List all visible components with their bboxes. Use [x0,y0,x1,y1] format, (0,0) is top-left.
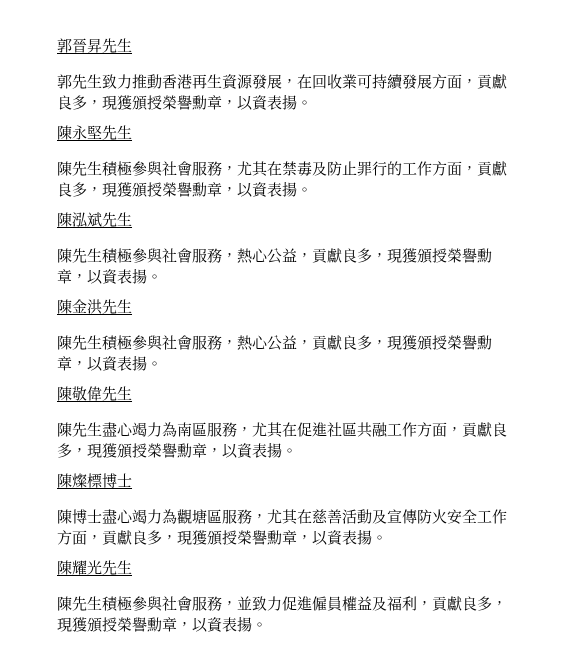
document-page: 郭晉昇先生 郭先生致力推動香港再生資源發展，在回收業可持續發展方面，貢獻 良多，… [0,0,564,668]
citation-text: 陳先生積極參與社會服務，熱心公益，貢獻良多，現獲頒授榮譽勳 章，以資表揚。 [57,247,517,289]
recipient-name: 陳永堅先生 [57,124,517,145]
citation-text: 陳先生積極參與社會服務，並致力促進僱員權益及福利，貢獻良多， 現獲頒授榮譽勳章，… [57,595,517,637]
honour-entry: 陳泓斌先生 陳先生積極參與社會服務，熱心公益，貢獻良多，現獲頒授榮譽勳 章，以資… [57,211,517,289]
honour-entry: 陳敬偉先生 陳先生盡心竭力為南區服務，尤其在促進社區共融工作方面，貢獻良 多，現… [57,385,517,463]
recipient-name: 郭晉昇先生 [57,37,517,58]
citation-text: 陳博士盡心竭力為觀塘區服務，尤其在慈善活動及宣傳防火安全工作 方面，貢獻良多，現… [57,508,517,550]
recipient-name: 陳耀光先生 [57,559,517,580]
recipient-name: 陳燦標博士 [57,472,517,493]
citation-text: 陳先生積極參與社會服務，熱心公益，貢獻良多，現獲頒授榮譽勳 章，以資表揚。 [57,334,517,376]
recipient-name: 陳金洪先生 [57,298,517,319]
citation-text: 陳先生盡心竭力為南區服務，尤其在促進社區共融工作方面，貢獻良 多，現獲頒授榮譽勳… [57,421,517,463]
citation-text: 陳先生積極參與社會服務，尤其在禁毒及防止罪行的工作方面，貢獻 良多，現獲頒授榮譽… [57,160,517,202]
honour-entry: 陳金洪先生 陳先生積極參與社會服務，熱心公益，貢獻良多，現獲頒授榮譽勳 章，以資… [57,298,517,376]
honour-entry: 郭晉昇先生 郭先生致力推動香港再生資源發展，在回收業可持續發展方面，貢獻 良多，… [57,37,517,115]
honour-entry: 陳永堅先生 陳先生積極參與社會服務，尤其在禁毒及防止罪行的工作方面，貢獻 良多，… [57,124,517,202]
citation-text: 郭先生致力推動香港再生資源發展，在回收業可持續發展方面，貢獻 良多，現獲頒授榮譽… [57,73,517,115]
honour-entry: 陳耀光先生 陳先生積極參與社會服務，並致力促進僱員權益及福利，貢獻良多， 現獲頒… [57,559,517,637]
recipient-name: 陳敬偉先生 [57,385,517,406]
recipient-name: 陳泓斌先生 [57,211,517,232]
honour-entry: 陳燦標博士 陳博士盡心竭力為觀塘區服務，尤其在慈善活動及宣傳防火安全工作 方面，… [57,472,517,550]
